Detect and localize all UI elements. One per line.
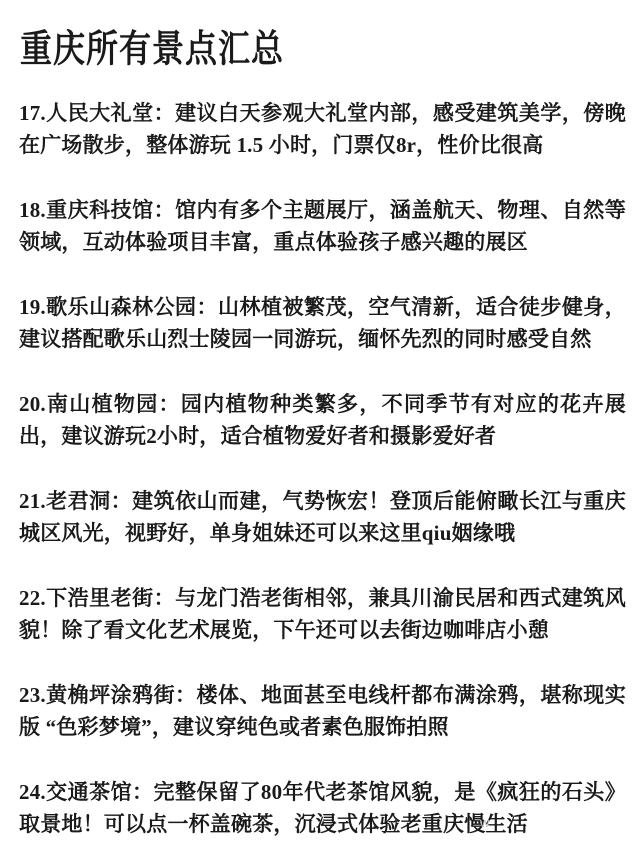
watermark-glyph: w	[480, 816, 489, 829]
attraction-name: 20.南山植物园：	[19, 392, 181, 416]
attraction-item: 22.下浩里老街：与龙门浩老街相邻，兼具川渝民居和西式建筑风貌！除了看文化艺术展…	[19, 582, 626, 646]
attraction-item: 18.重庆科技馆：馆内有多个主题展厅，涵盖航天、物理、自然等领域，互动体验项目丰…	[19, 194, 626, 258]
attraction-name: 21.老君洞：	[19, 489, 132, 513]
attraction-item: 24.交通茶馆：完整保留了80年代老茶馆风貌，是《疯狂的石头》取景地！可以点一杯…	[19, 776, 626, 840]
attraction-name: 22.下浩里老街：	[19, 586, 175, 610]
attraction-item: 17.人民大礼堂：建议白天参观大礼堂内部，感受建筑美学，傍晚在广场散步，整体游玩…	[19, 97, 626, 161]
attraction-name: 18.重庆科技馆：	[19, 198, 175, 222]
attraction-name: 24.交通茶馆：	[19, 780, 154, 804]
attraction-item: 23.黄桷坪涂鸦街：楼体、地面甚至电线杆都布满涂鸦，堪称现实版 “色彩梦境”，建…	[19, 679, 626, 743]
attraction-name: 17.人民大礼堂：	[19, 101, 175, 125]
attraction-name: 23.黄桷坪涂鸦街：	[19, 683, 197, 707]
attraction-item: 20.南山植物园：园内植物种类繁多，不同季节有对应的花卉展出，建议游玩2小时，适…	[19, 388, 626, 452]
note-page: 重庆所有景点汇总 17.人民大礼堂：建议白天参观大礼堂内部，感受建筑美学，傍晚在…	[0, 0, 640, 853]
page-title: 重庆所有景点汇总	[20, 26, 626, 71]
attraction-name: 19.歌乐山森林公园：	[19, 295, 218, 319]
attraction-item: 19.歌乐山森林公园：山林植被繁茂，空气清新，适合徒步健身，建议搭配歌乐山烈士陵…	[19, 291, 626, 355]
attraction-item: 21.老君洞：建筑依山而建，气势恢宏！登顶后能俯瞰长江与重庆城区风光，视野好，单…	[19, 485, 626, 549]
